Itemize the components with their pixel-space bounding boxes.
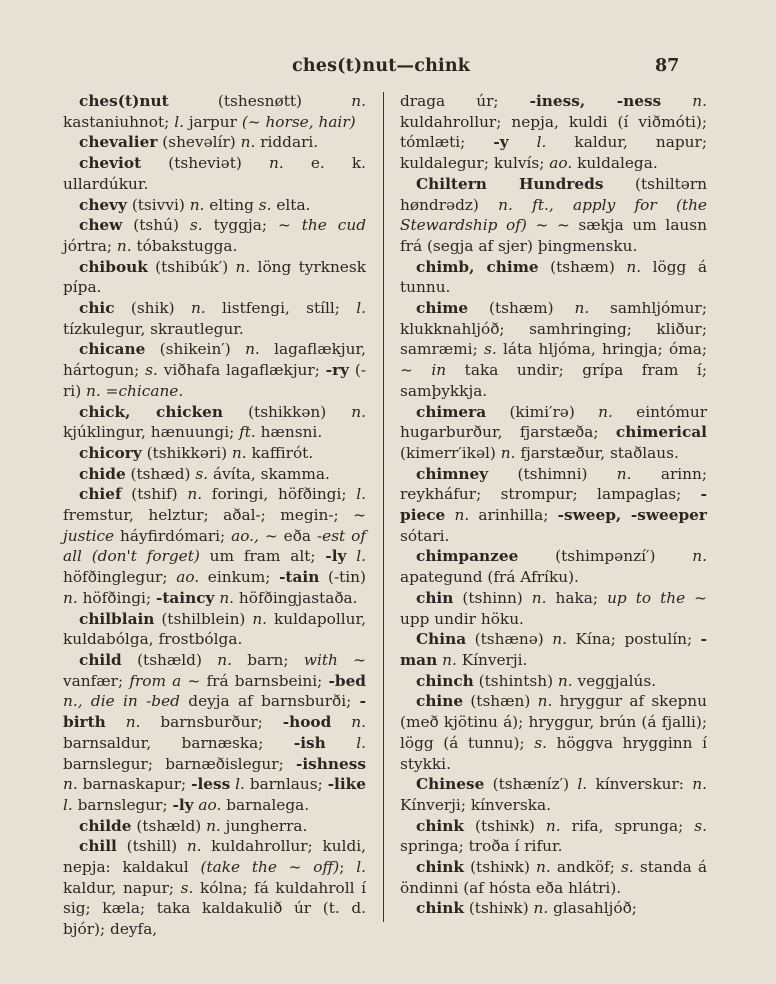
dictionary-entry: chick, chicken (tshikkən) n. kjúklingur,…: [63, 402, 366, 443]
definition-text: [331, 713, 351, 731]
italic-text: s.: [484, 340, 497, 358]
headword: child: [79, 651, 122, 669]
dictionary-entry: draga úr; -iness, -ness n. kuldahrollur;…: [400, 91, 707, 174]
italic-text: s.: [190, 216, 203, 234]
dictionary-entry: chew (tshú) s. tyggja; ~ the cud jórtra;…: [63, 215, 366, 256]
italic-text: s.: [145, 361, 158, 379]
definition-text: (tshæm): [539, 258, 627, 276]
definition-text: [106, 713, 126, 731]
italic-text: n.: [442, 651, 457, 669]
definition-text: foringi, höfðingi;: [202, 485, 356, 503]
headword: chevalier: [79, 133, 157, 151]
dictionary-entry: Chinese (tshæníz′) l. kínverskur: n. Kín…: [400, 774, 707, 815]
dictionary-entry: chevalier (shevəlír) n. riddari.: [63, 132, 366, 153]
definition-text: draga úr;: [400, 92, 530, 110]
dictionary-entry: chevy (tsivvi) n. elting s. elta.: [63, 195, 366, 216]
running-head: ches(t)nut—chink: [292, 56, 470, 76]
definition-text: barnaskapur;: [78, 775, 191, 793]
headword: -sweep, -sweeper: [558, 506, 707, 524]
headword: -tain: [279, 568, 319, 586]
definition-text: höfðingjastaða.: [234, 589, 358, 607]
definition-text: barnslegur;: [73, 796, 173, 814]
definition-text: deyja af barnsburði;: [180, 692, 360, 710]
headword: chimney: [416, 465, 488, 483]
definition-text: (tshæd): [126, 465, 196, 483]
italic-text: n.: [692, 547, 707, 565]
dictionary-entry: China (tshænə) n. Kína; postulín; -man n…: [400, 629, 707, 670]
definition-text: höfðinglegur;: [63, 568, 176, 586]
definition-text: viðhafa lagaflækjur;: [158, 361, 326, 379]
italic-text: with ~: [304, 651, 366, 669]
definition-text: barnlaus;: [245, 775, 328, 793]
definition-text: rifa, sprunga;: [561, 817, 695, 835]
definition-text: (tshimni): [488, 465, 617, 483]
dictionary-entry: chicory (tshikkəri) n. kaffirót.: [63, 443, 366, 464]
definition-text: (kimerr′ikəl): [400, 444, 501, 462]
definition-text: höfðingi;: [78, 589, 156, 607]
italic-text: up to the ~: [607, 589, 707, 607]
headword: -ly: [172, 796, 193, 814]
definition-text: kjúklingur, hænuungi;: [63, 423, 239, 441]
definition-text: eða: [278, 527, 317, 545]
definition-text: kínverskur:: [587, 775, 692, 793]
italic-text: ft.: [239, 423, 256, 441]
definition-text: barnalega.: [221, 796, 309, 814]
dictionary-entry: chink (tshiɴk) n. glasahljóð;: [400, 898, 707, 919]
headword: chink: [416, 899, 464, 917]
dictionary-entry: child (tshæld) n. barn; with ~ vanfær; f…: [63, 650, 366, 816]
definition-text: barn;: [232, 651, 304, 669]
dictionary-entry: chin (tshinn) n. haka; up to the ~ upp u…: [400, 588, 707, 629]
headword: chevy: [79, 196, 127, 214]
headword: -hood: [283, 713, 332, 731]
italic-text: l.: [537, 133, 547, 151]
headword: China: [416, 630, 466, 648]
italic-text: n.: [351, 403, 366, 421]
italic-text: ao., ~: [231, 527, 278, 545]
italic-text: l.: [356, 547, 366, 565]
definition-text: (tshinn): [453, 589, 531, 607]
italic-text: n.: [241, 133, 256, 151]
definition-text: kastaniuhnot;: [63, 113, 174, 131]
definition-text: (shevəlír): [157, 133, 240, 151]
italic-text: l.: [356, 858, 366, 876]
headword: chide: [79, 465, 126, 483]
italic-text: s.: [534, 734, 547, 752]
italic-text: n.: [351, 713, 366, 731]
definition-text: (tshænə): [466, 630, 552, 648]
definition-text: listfengi, stíll;: [206, 299, 357, 317]
italic-text: n.: [252, 610, 267, 628]
definition-text: kaffirót.: [247, 444, 314, 462]
headword: chibouk: [79, 258, 148, 276]
headword: -iness, -ness: [530, 92, 662, 110]
italic-text: ao.: [176, 568, 199, 586]
headword: chin: [416, 589, 453, 607]
italic-text: n.: [598, 403, 613, 421]
dictionary-entry: chief (tshif) n. foringi, höfðingi; l. f…: [63, 484, 366, 608]
italic-text: l.: [577, 775, 587, 793]
italic-text: s.: [621, 858, 634, 876]
italic-text: n.: [63, 589, 78, 607]
definition-text: apategund (frá Afríku).: [400, 568, 579, 586]
definition-text: tízkulegur, skrautlegur.: [63, 320, 244, 338]
italic-text: ~ in: [400, 361, 446, 379]
italic-text: n.: [86, 382, 101, 400]
headword: chimera: [416, 403, 486, 421]
dictionary-entry: chicane (shikein′) n. lagaflækjur, hárto…: [63, 339, 366, 401]
dictionary-entry: chimpanzee (tshimpənzí′) n. apategund (f…: [400, 546, 707, 587]
definition-text: (tshif): [122, 485, 188, 503]
definition-text: (kimi′rə): [486, 403, 598, 421]
italic-text: n.: [190, 196, 205, 214]
definition-text: fremstur, helztur; aðal-; megin-;: [63, 506, 353, 524]
italic-text: n.: [536, 858, 551, 876]
italic-text: s.: [259, 196, 272, 214]
definition-text: (tshiɴk): [464, 899, 534, 917]
definition-text: [445, 506, 454, 524]
dictionary-entry: chilblain (tshilblein) n. kuldapollur, k…: [63, 609, 366, 650]
headword: chimpanzee: [416, 547, 518, 565]
italic-text: ao.: [198, 796, 221, 814]
italic-text: n.: [617, 465, 632, 483]
definition-text: jórtra;: [63, 237, 117, 255]
definition-text: veggjalús.: [573, 672, 656, 690]
dictionary-entry: chimney (tshimni) n. arinn; reykháfur; s…: [400, 464, 707, 547]
italic-text: n.: [245, 340, 260, 358]
definition-text: tyggja;: [203, 216, 278, 234]
italic-text: s.: [195, 465, 208, 483]
italic-text: n.: [692, 775, 707, 793]
definition-text: barnslegur; barnæðislegur;: [63, 755, 296, 773]
definition-text: um fram alt;: [200, 547, 326, 565]
headword: chinch: [416, 672, 474, 690]
definition-text: (tshintsh): [474, 672, 558, 690]
headword: chill: [79, 837, 117, 855]
headword: -y: [493, 133, 508, 151]
definition-text: andköf;: [551, 858, 621, 876]
dictionary-entry: chimera (kimi′rə) n. eintómur hugarburðu…: [400, 402, 707, 464]
headword: chic: [79, 299, 115, 317]
headword: childe: [79, 817, 132, 835]
headword: chime: [416, 299, 468, 317]
italic-text: n.: [117, 237, 132, 255]
italic-text: n.: [626, 258, 641, 276]
headword: chicane: [79, 340, 145, 358]
definition-text: láta hljóma, hringja; óma;: [497, 340, 707, 358]
dictionary-entry: chibouk (tshibúk′) n. löng tyrknesk pípa…: [63, 257, 366, 298]
definition-text: sótari.: [400, 527, 449, 545]
headword: chicory: [79, 444, 142, 462]
definition-text: haka;: [547, 589, 608, 607]
headword: cheviot: [79, 154, 141, 172]
definition-text: (shikein′): [145, 340, 245, 358]
definition-text: einkum;: [199, 568, 279, 586]
definition-text: (tshæn): [463, 692, 537, 710]
italic-text: n.: [206, 817, 221, 835]
definition-text: vanfær;: [63, 672, 129, 690]
italic-text: l.: [356, 734, 366, 752]
definition-text: (tshibúk′): [148, 258, 236, 276]
italic-text: n.: [538, 692, 553, 710]
definition-text: (tshæm): [468, 299, 574, 317]
definition-text: (tshimpənzí′): [518, 547, 692, 565]
italic-text: l.: [174, 113, 184, 131]
italic-text: n.: [351, 92, 366, 110]
headword: ches(t)nut: [79, 92, 169, 110]
definition-text: frá barnsbeini;: [200, 672, 328, 690]
headword: -taincy: [156, 589, 214, 607]
dictionary-entry: chink (tshiɴk) n. rifa, sprunga; s. spri…: [400, 816, 707, 857]
definition-text: (-tin): [319, 568, 366, 586]
definition-text: ávíta, skamma.: [208, 465, 330, 483]
definition-text: Kínverji.: [457, 651, 528, 669]
dictionary-entry: chill (tshill) n. kuldahrollur; kuldi, n…: [63, 836, 366, 940]
italic-text: n.: [187, 485, 202, 503]
definition-text: hænsni.: [256, 423, 322, 441]
dictionary-entry: chimb, chime (tshæm) n. lögg á tunnu.: [400, 257, 707, 298]
dictionary-entry: chink (tshiɴk) n. andköf; s. standa á ön…: [400, 857, 707, 898]
italic-text: l.: [356, 299, 366, 317]
headword: chilblain: [79, 610, 154, 628]
dictionary-entry: chic (shik) n. listfengi, stíll; l. tízk…: [63, 298, 366, 339]
dictionary-entry: cheviot (tsheviət) n. e. k. ullardúkur.: [63, 153, 366, 194]
dictionary-entry: chinch (tshintsh) n. veggjalús.: [400, 671, 707, 692]
definition-text: (tsheviət): [141, 154, 269, 172]
italic-text: n.: [532, 589, 547, 607]
italic-text: from a ~: [129, 672, 200, 690]
italic-text: l.: [356, 485, 366, 503]
headword: chew: [79, 216, 122, 234]
italic-text: (~ horse, hair): [242, 113, 356, 131]
definition-text: (tshilblein): [154, 610, 252, 628]
definition-text: [326, 734, 356, 752]
headword: -like: [328, 775, 366, 793]
definition-text: (tshesnøtt): [169, 92, 352, 110]
italic-text: n.: [455, 506, 470, 524]
definition-text: (tshiɴk): [464, 817, 546, 835]
headword: -ly: [325, 547, 346, 565]
column-divider: [383, 92, 384, 922]
definition-text: (tshæld): [132, 817, 207, 835]
italic-text: s.: [694, 817, 707, 835]
definition-text: ;: [339, 858, 356, 876]
definition-text: riddari.: [255, 133, 318, 151]
dictionary-entry: ches(t)nut (tshesnøtt) n. kastaniuhnot; …: [63, 91, 366, 132]
italic-text: s.: [181, 879, 194, 897]
headword: chimb, chime: [416, 258, 539, 276]
definition-text: jarpur: [184, 113, 242, 131]
italic-text: n.: [187, 837, 202, 855]
definition-text: (tshæníz′): [484, 775, 577, 793]
definition-text: (tshikkən): [223, 403, 351, 421]
italic-text: n.: [501, 444, 516, 462]
headword: chink: [416, 858, 464, 876]
definition-text: elting: [204, 196, 258, 214]
headword: -ry: [326, 361, 349, 379]
italic-text: (take the ~ off): [200, 858, 339, 876]
definition-text: tóbakstugga.: [132, 237, 238, 255]
definition-text: háyfirdómari;: [114, 527, 231, 545]
headword: chief: [79, 485, 122, 503]
headword: -less: [191, 775, 230, 793]
headword: Chiltern Hundreds: [416, 175, 603, 193]
definition-text: (tshæld): [122, 651, 218, 669]
italic-text: n.: [191, 299, 206, 317]
dictionary-entry: childe (tshæld) n. jungherra.: [63, 816, 366, 837]
italic-text: chicane.: [118, 382, 183, 400]
left-column: ches(t)nut (tshesnøtt) n. kastaniuhnot; …: [63, 91, 366, 940]
headword: chink: [416, 817, 464, 835]
italic-text: ao.: [549, 154, 572, 172]
italic-text: n.: [219, 589, 234, 607]
definition-text: kaldur, napur;: [63, 879, 181, 897]
definition-text: (tshikkəri): [142, 444, 232, 462]
dictionary-entry: Chiltern Hundreds (tshiltərn høndrədz) n…: [400, 174, 707, 257]
italic-text: n.: [217, 651, 232, 669]
headword: -ish: [294, 734, 326, 752]
headword: -ishness: [296, 755, 366, 773]
definition-text: (tshú): [122, 216, 190, 234]
definition-text: kuldalega.: [572, 154, 658, 172]
italic-text: n.: [236, 258, 251, 276]
italic-text: n.: [692, 92, 707, 110]
definition-text: jungherra.: [221, 817, 308, 835]
italic-text: n.: [126, 713, 141, 731]
headword: -bed: [329, 672, 366, 690]
page-number: 87: [655, 56, 679, 76]
italic-text: n.: [552, 630, 567, 648]
dictionary-entry: chide (tshæd) s. ávíta, skamma.: [63, 464, 366, 485]
dictionary-page: ches(t)nut—chink 87 ches(t)nut (tshesnøt…: [0, 0, 776, 984]
definition-text: fjarstæður, staðlaus.: [515, 444, 678, 462]
italic-text: n.: [534, 899, 549, 917]
definition-text: [661, 92, 692, 110]
italic-text: n.: [546, 817, 561, 835]
definition-text: springa; troða í rifur.: [400, 837, 562, 855]
definition-text: (shik): [115, 299, 191, 317]
headword: chimerical: [616, 423, 707, 441]
dictionary-entry: chine (tshæn) n. hryggur af skepnu (með …: [400, 691, 707, 774]
definition-text: [509, 133, 537, 151]
headword: Chinese: [416, 775, 484, 793]
headword: chine: [416, 692, 463, 710]
italic-text: l.: [63, 796, 73, 814]
definition-text: upp undir höku.: [400, 610, 524, 628]
italic-text: n.: [232, 444, 247, 462]
headword: chick, chicken: [79, 403, 223, 421]
definition-text: [346, 547, 356, 565]
definition-text: taka undir; grípa fram í; samþykkja.: [400, 361, 707, 400]
definition-text: (tshill): [117, 837, 187, 855]
dictionary-entry: chime (tshæm) n. samhljómur; klukknahljó…: [400, 298, 707, 402]
italic-text: n., die in -bed: [63, 692, 180, 710]
italic-text: l.: [235, 775, 245, 793]
definition-text: elta.: [271, 196, 310, 214]
definition-text: Kína; postulín;: [567, 630, 701, 648]
definition-text: =: [101, 382, 119, 400]
italic-text: n.: [574, 299, 589, 317]
definition-text: arinhilla;: [469, 506, 557, 524]
italic-text: n.: [558, 672, 573, 690]
definition-text: barnsaldur, barnæska;: [63, 734, 294, 752]
definition-text: glasahljóð;: [548, 899, 637, 917]
definition-text: (tsivvi): [127, 196, 190, 214]
right-column: draga úr; -iness, -ness n. kuldahrollur;…: [400, 91, 707, 919]
italic-text: ~ the cud: [278, 216, 366, 234]
definition-text: (tshiɴk): [464, 858, 536, 876]
italic-text: n.: [269, 154, 284, 172]
definition-text: Kínverji; kínverska.: [400, 796, 551, 814]
italic-text: n.: [63, 775, 78, 793]
definition-text: barnsburður;: [140, 713, 282, 731]
